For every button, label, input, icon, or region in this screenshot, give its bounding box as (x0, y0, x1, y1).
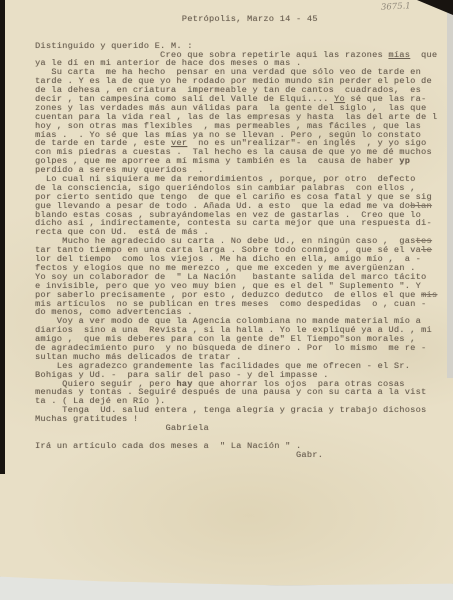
letter-line: recta que con Ud. está de más . (35, 228, 453, 237)
letter-line: Lo cual ni siquiera me da remordimientos… (35, 175, 453, 184)
letter-text-segment: amigo , que mis deberes para con la gent… (35, 335, 416, 344)
letter-text-segment: yp (399, 157, 410, 166)
letter-text-segment: Mucho he agradecido su carta . No debe U… (35, 237, 416, 246)
letter-text-segment: mías (388, 51, 410, 60)
letter-line: do menos, como advertencias . (35, 308, 453, 317)
letter-line: perdido a seres muy queridos . (35, 166, 453, 175)
letter-line: gue llevando a pesar de todo . Añada Ud.… (35, 202, 453, 211)
letter-line: e invisible, pero que yo veo muy bien , … (35, 282, 453, 291)
letter-text-segment: do menos, como advertencias . (35, 308, 193, 317)
letter-line: con mis piedras a cuestas . Tal hecho es… (35, 148, 453, 157)
letter-body: Petrópolis, Marzo 14 - 45 Distinguido y … (35, 15, 453, 460)
letter-text-segment: le (421, 246, 432, 255)
letter-text-segment: con mis piedras a cuestas . Tal hecho es… (35, 148, 432, 157)
letter-text-segment: Su carta me ha hecho pensar en una verda… (35, 68, 421, 77)
letter-line: ya le dí en mi anterior de hace dos mese… (35, 59, 453, 68)
letter-line: Gabr. (35, 451, 453, 460)
letter-text-segment: tarde . Y es la de que yo he rodado por … (35, 77, 432, 86)
letter-text-segment: ver (171, 139, 187, 148)
letter-line: por cierto sentido que tengo de que el c… (35, 193, 453, 202)
letter-line: mías . . Yo sé que las mías ya no se lle… (35, 131, 453, 140)
letter-text-segment: tes (416, 237, 432, 246)
letter-text-segment: por cierto sentido que tengo de que el c… (35, 193, 432, 202)
letter-text-segment: hay (176, 380, 192, 389)
letter-text-segment: sultan mucho más delicados de tratar . (35, 353, 242, 362)
letter-line: tarde . Y es la de que yo he rodado por … (35, 77, 453, 86)
letter-text-segment: fectos y elogios que no me merezco , que… (35, 264, 416, 273)
letter-line: de la dehesa , en criatura impermeable y… (35, 86, 453, 95)
letter-line: Muchas gratitudes ! (35, 415, 453, 424)
letter-text-segment: blan (410, 202, 432, 211)
letter-text-segment: ta . ( La dejé en Río ). (35, 397, 166, 406)
letter-line: golpes , que me aporree a mí misma y tam… (35, 157, 453, 166)
letter-text-segment: lor del tiempo como los viejos . Me ha d… (35, 255, 421, 264)
letter-text-segment: sé que las ra- (345, 95, 427, 104)
letter-text-segment: decir , tan campesina como salí del Vall… (35, 95, 334, 104)
letter-line: de tarde en tarde , este ver no es un"re… (35, 139, 453, 148)
letter-text-segment: de agradecimiento puro y no búsqueda de … (35, 344, 426, 353)
letter-text-segment: Les agradezco grandemente las facilidade… (35, 362, 410, 371)
letter-text-segment: hoy , son otras mas flexibles , mas perm… (35, 122, 421, 131)
letter-line: diarios sino a una Revista , si la halla… (35, 326, 453, 335)
letter-line: por saberlo precisamente , por esto , de… (35, 291, 453, 300)
letter-line: fectos y elogios que no me merezco , que… (35, 264, 453, 273)
letter-line: Distinguido y querido E. M. : (35, 42, 453, 51)
letter-line (35, 33, 453, 42)
letter-text-segment: Quiero seguir , pero (35, 380, 176, 389)
letter-text-segment: que (410, 51, 437, 60)
letter-text-segment: Lo cual ni siquiera me da remordimientos… (35, 175, 416, 184)
letter-text-segment: Petrópolis, Marzo 14 - 45 (35, 15, 318, 24)
letter-line: Mucho he agradecido su carta . No debe U… (35, 237, 453, 246)
letter-text-segment: menudas y tontas . Seguiré después de un… (35, 388, 426, 397)
letter-line: Tenga Ud. salud entera , tenga alegría y… (35, 406, 453, 415)
letter-text-segment: ya le dí en mi anterior de hace dos mese… (35, 59, 301, 68)
letter-text-segment: Bohigas y Ud. - para salir del paso - y … (35, 371, 329, 380)
letter-text-segment: que ahorrar los ojos para otras cosas (193, 380, 405, 389)
letter-text-segment: mis (421, 291, 437, 300)
letter-line: Gabriela (35, 424, 453, 433)
letter-line: Su carta me ha hecho pensar en una verda… (35, 68, 453, 77)
archive-number: 3675.1 (381, 1, 411, 13)
letter-text-segment: mis artículos no se publican en tres mes… (35, 300, 426, 309)
letter-text-segment: no es un"realizar"- en inglés , y yo sig… (187, 139, 426, 148)
letter-text-segment: Muchas gratitudes ! (35, 415, 138, 424)
letter-line: blando estas cosas , subrayándomelas en … (35, 211, 453, 220)
letter-line: de agradecimiento puro y no búsqueda de … (35, 344, 453, 353)
letter-line: hoy , son otras mas flexibles , mas perm… (35, 122, 453, 131)
letter-text-segment: tar tanto tiempo en una carta larga . So… (35, 246, 421, 255)
letter-text-segment: diarios sino a una Revista , si la halla… (35, 326, 432, 335)
letter-text-segment: Yo soy un colaborador de " La Nación bas… (35, 273, 426, 282)
letter-line: tar tanto tiempo en una carta larga . So… (35, 246, 453, 255)
left-edge-shadow (0, 0, 5, 474)
letter-line: Voy a ver modo de que la Agencia colombi… (35, 317, 453, 326)
letter-text-segment: golpes , que me aporree a mí misma y tam… (35, 157, 399, 166)
letter-text-segment: cuentan para la vida real , las de las e… (35, 113, 437, 122)
letter-line (35, 24, 453, 33)
letter-text-segment: de la dehesa , en criatura impermeable y… (35, 86, 421, 95)
letter-text-segment: dicho así , indirectamente, contesta su … (35, 219, 432, 228)
letter-line: cuentan para la vida real , las de las e… (35, 113, 453, 122)
letter-line: lor del tiempo como los viejos . Me ha d… (35, 255, 453, 264)
photo-backdrop: { "colors": { "paper": "#e8dfc6", "paper… (0, 0, 453, 600)
letter-line: decir , tan campesina como salí del Vall… (35, 95, 453, 104)
letter-text-segment: Irá un artículo cada dos meses a " La Na… (35, 442, 301, 451)
letter-text-segment: e invisible, pero que yo veo muy bien , … (35, 282, 421, 291)
letter-line: Irá un artículo cada dos meses a " La Na… (35, 442, 453, 451)
letter-line: dicho así , indirectamente, contesta su … (35, 219, 453, 228)
letter-text-segment: Tenga Ud. salud entera , tenga alegría y… (35, 406, 426, 415)
letter-line: zones y las verdades más aun válidas par… (35, 104, 453, 113)
letter-text-segment: por saberlo precisamente , por esto , de… (35, 291, 421, 300)
letter-text-segment: gue llevando a pesar de todo . Añada Ud.… (35, 202, 410, 211)
letter-text-segment: mías . . Yo sé que las mías ya no se lle… (35, 131, 421, 140)
letter-text-segment: Voy a ver modo de que la Agencia colombi… (35, 317, 421, 326)
letter-line: Bohigas y Ud. - para salir del paso - y … (35, 371, 453, 380)
letter-line: Yo soy un colaborador de " La Nación bas… (35, 273, 453, 282)
letter-text-segment: de tarde en tarde , este (35, 139, 171, 148)
letter-text-segment: recta que con Ud. está de más . (35, 228, 209, 237)
letter-paper: 3675.1 Petrópolis, Marzo 14 - 45 Disting… (0, 0, 453, 586)
letter-line: mis artículos no se publican en tres mes… (35, 300, 453, 309)
letter-text-segment: blando estas cosas , subrayándomelas en … (35, 211, 421, 220)
letter-line: de la consciencia, sigo queriéndolos sin… (35, 184, 453, 193)
letter-text-segment: Creo que sobra repetirle aqui las razone… (35, 51, 388, 60)
letter-line: Creo que sobra repetirle aqui las razone… (35, 51, 453, 60)
letter-line: sultan mucho más delicados de tratar . (35, 353, 453, 362)
letter-text-segment: de la consciencia, sigo queriéndolos sin… (35, 184, 416, 193)
letter-text-segment: Distinguido y querido E. M. : (35, 42, 193, 51)
letter-line (35, 433, 453, 442)
letter-line: ta . ( La dejé en Río ). (35, 397, 453, 406)
letter-text-segment: perdido a seres muy queridos . (35, 166, 204, 175)
letter-line: Petrópolis, Marzo 14 - 45 (35, 15, 453, 24)
letter-text-segment: zones y las verdades más aun válidas par… (35, 104, 426, 113)
letter-line: Les agradezco grandemente las facilidade… (35, 362, 453, 371)
right-edge-backing (447, 10, 453, 378)
letter-line: menudas y tontas . Seguiré después de un… (35, 388, 453, 397)
letter-line: amigo , que mis deberes para con la gent… (35, 335, 453, 344)
letter-text-segment: Gabriela (35, 424, 209, 433)
letter-line: Quiero seguir , pero hay que ahorrar los… (35, 380, 453, 389)
letter-text-segment: Yo (334, 95, 345, 104)
top-right-corner-shadow (417, 0, 453, 15)
letter-text-segment: Gabr. (35, 451, 323, 460)
